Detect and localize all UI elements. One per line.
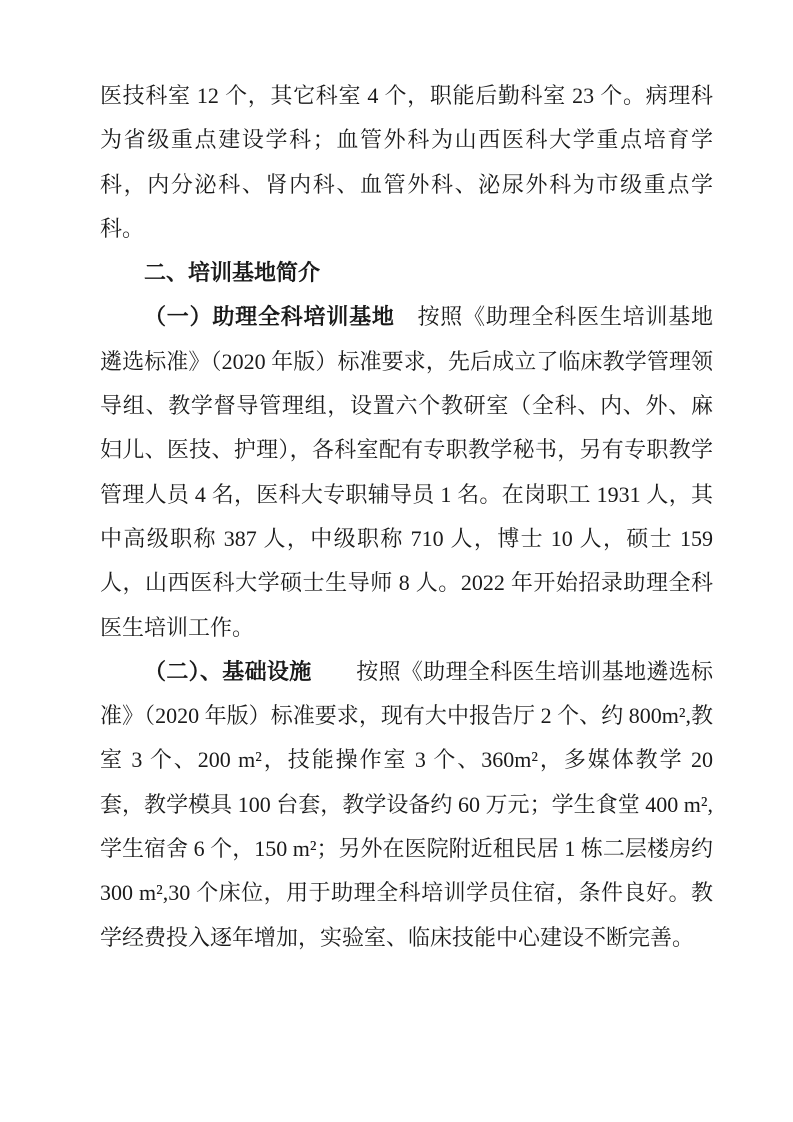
section-heading-text: 二、培训基地简介 <box>144 260 320 285</box>
continuation-paragraph: 医技科室 12 个，其它科室 4 个，职能后勤科室 23 个。病理科为省级重点建… <box>100 74 713 251</box>
document-body: 医技科室 12 个，其它科室 4 个，职能后勤科室 23 个。病理科为省级重点建… <box>100 74 713 960</box>
paragraph-text: 按照《助理全科医生培训基地遴选标准》（2020 年版）标准要求，先后成立了临床教… <box>100 304 713 639</box>
section-heading: 二、培训基地简介 <box>100 251 713 295</box>
document-page: 医技科室 12 个，其它科室 4 个，职能后勤科室 23 个。病理科为省级重点建… <box>0 0 793 1122</box>
infrastructure-paragraph: （二）、基础设施 按照《助理全科医生培训基地遴选标准》（2020 年版）标准要求… <box>100 650 713 960</box>
subheading-assistant-gp-training-base: （一）助理全科培训基地 <box>144 304 395 329</box>
subheading-infrastructure: （二）、基础设施 <box>144 659 312 684</box>
paragraph-text: 医技科室 12 个，其它科室 4 个，职能后勤科室 23 个。病理科为省级重点建… <box>100 83 713 241</box>
paragraph-text: 按照《助理全科医生培训基地遴选标准》（2020 年版）标准要求，现有大中报告厅 … <box>100 659 713 950</box>
assistant-gp-training-base-paragraph: （一）助理全科培训基地 按照《助理全科医生培训基地遴选标准》（2020 年版）标… <box>100 295 713 649</box>
